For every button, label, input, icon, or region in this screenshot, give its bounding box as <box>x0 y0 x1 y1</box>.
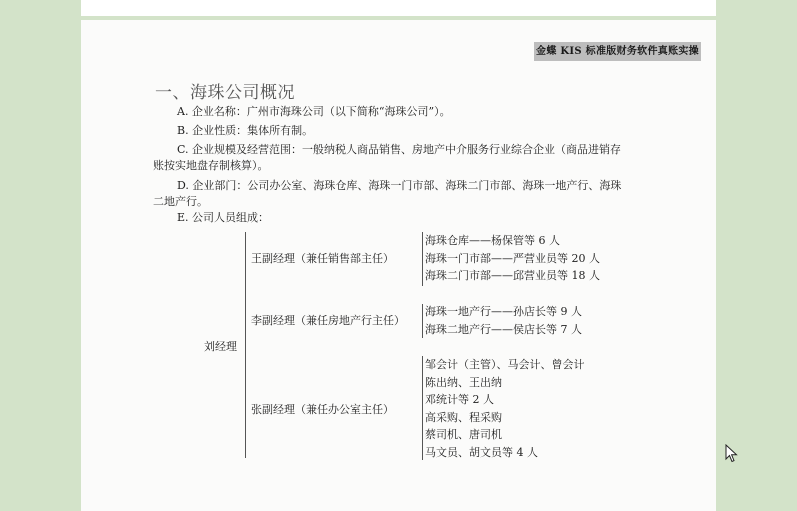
org-member: 海珠二地产行——侯店长等 7 人 <box>425 321 582 339</box>
org-branch-sales: 王副经理（兼任销售部主任） <box>251 250 394 266</box>
org-member: 蔡司机、唐司机 <box>425 426 502 444</box>
paragraph-c-cont: 账按实地盘存制核算）。 <box>153 156 673 175</box>
org-member: 海珠二门市部——邱营业员等 18 人 <box>425 267 600 285</box>
org-member: 邓统计等 2 人 <box>425 391 494 409</box>
org-member: 海珠一地产行——孙店长等 9 人 <box>425 303 582 321</box>
org-branch-realestate: 李副经理（兼任房地产行主任） <box>251 312 405 328</box>
document-page: 金蝶 KIS 标准版财务软件真账实操 一、海珠公司概况 A. 企业名称：广州市海… <box>81 20 716 511</box>
paragraph-b-text: B. 企业性质：集体所有制。 <box>177 124 313 137</box>
org-member: 马文员、胡文员等 4 人 <box>425 444 538 462</box>
org-member: 高采购、程采购 <box>425 409 502 427</box>
paragraph-c-line2: 账按实地盘存制核算）。 <box>153 159 269 172</box>
mouse-pointer-icon <box>725 444 739 464</box>
paragraph-c-line1: C. 企业规模及经营范围：一般纳税人商品销售、房地产中介服务行业综合企业（商品进… <box>177 143 621 156</box>
previous-page-bottom <box>81 0 716 16</box>
org-root-bracket <box>245 232 246 458</box>
org-root-manager: 刘经理 <box>204 338 237 354</box>
org-branch-office-bracket <box>422 356 423 460</box>
org-member: 陈出纳、王出纳 <box>425 374 502 392</box>
paragraph-b: B. 企业性质：集体所有制。 <box>153 121 673 140</box>
paragraph-e: E. 公司人员组成： <box>153 208 673 227</box>
paragraph-a-text: A. 企业名称：广州市海珠公司（以下简称“海珠公司”）。 <box>177 105 451 118</box>
paragraph-d-line1: D. 企业部门：公司办公室、海珠仓库、海珠一门市部、海珠二门市部、海珠一地产行、… <box>177 179 621 192</box>
org-branch-office: 张副经理（兼任办公室主任） <box>251 401 394 417</box>
running-header: 金蝶 KIS 标准版财务软件真账实操 <box>534 42 701 61</box>
paragraph-a: A. 企业名称：广州市海珠公司（以下简称“海珠公司”）。 <box>153 102 673 121</box>
section-title: 一、海珠公司概况 <box>155 78 295 103</box>
paragraph-d-line2: 二地产行。 <box>153 195 208 208</box>
org-branch-realestate-bracket <box>422 304 423 338</box>
org-member: 海珠仓库——杨保管等 6 人 <box>425 232 560 250</box>
org-branch-sales-bracket <box>422 232 423 286</box>
paragraph-e-text: E. 公司人员组成： <box>177 211 269 224</box>
org-member: 海珠一门市部——严营业员等 20 人 <box>425 250 600 268</box>
org-member: 邹会计（主管）、马会计、曾会计 <box>425 356 585 374</box>
